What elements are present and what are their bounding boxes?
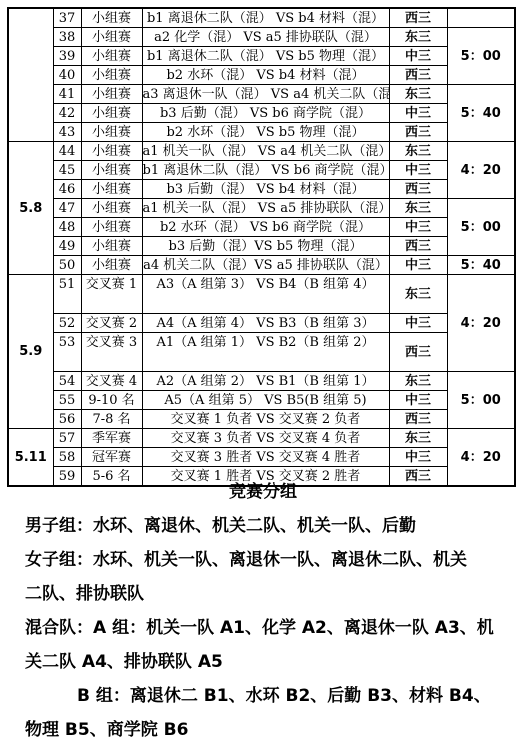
round-cell: 小组赛: [81, 161, 142, 180]
match-no-cell: 44: [53, 142, 81, 161]
table-row: 46小组赛b3 后勤（混） VS b4 材料（混）西三: [8, 180, 515, 199]
time-cell: 5：00: [447, 199, 515, 256]
matchup-cell: A3（A 组第 3） VS B4（B 组第 4）: [142, 275, 389, 314]
match-no-cell: 58: [53, 448, 81, 467]
round-cell: 小组赛: [81, 85, 142, 104]
grouping-line-women: 女子组：水环、机关一队、离退休一队、离退休二队、机关: [25, 543, 501, 577]
matchup-cell: 交叉赛 3 胜者 VS 交叉赛 4 胜者: [142, 448, 389, 467]
round-cell: 小组赛: [81, 142, 142, 161]
matchup-cell: a1 机关一队（混） VS a5 排协联队（混）: [142, 199, 389, 218]
round-cell: 小组赛: [81, 180, 142, 199]
round-cell: 小组赛: [81, 218, 142, 237]
round-cell: 小组赛: [81, 237, 142, 256]
table-row: 43小组赛b2 水环（混） VS b5 物理（混）西三: [8, 123, 515, 142]
venue-cell: 西三: [389, 180, 447, 199]
table-row: 58冠军赛交叉赛 3 胜者 VS 交叉赛 4 胜者中三: [8, 448, 515, 467]
match-no-cell: 49: [53, 237, 81, 256]
venue-cell: 中三: [389, 391, 447, 410]
matchup-cell: 交叉赛 3 负者 VS 交叉赛 4 负者: [142, 429, 389, 448]
grouping-section: 竞赛分组 男子组：水环、离退休、机关二队、机关一队、后勤 女子组：水环、机关一队…: [25, 475, 501, 743]
round-cell: 小组赛: [81, 199, 142, 218]
table-row: 48小组赛b2 水环（混） VS b6 商学院（混）中三: [8, 218, 515, 237]
grouping-line-men: 男子组：水环、离退休、机关二队、机关一队、后勤: [25, 509, 501, 543]
document-page: 37小组赛b1 离退休二队（混） VS b4 材料（混）西三38小组赛a2 化学…: [0, 0, 520, 743]
matchup-cell: A1（A 组第 1） VS B2（B 组第 2）: [142, 333, 389, 372]
round-cell: 小组赛: [81, 47, 142, 66]
round-cell: 小组赛: [81, 123, 142, 142]
matchup-cell: b3 后勤（混） VS b6 商学院（混）: [142, 104, 389, 123]
matchup-cell: b1 离退休二队（混） VS b5 物理（混）: [142, 47, 389, 66]
match-no-cell: 42: [53, 104, 81, 123]
table-row: 5.951交叉赛 1A3（A 组第 3） VS B4（B 组第 4）东三4：20: [8, 275, 515, 314]
matchup-cell: A5（A 组第 5） VS B5(B 组第 5): [142, 391, 389, 410]
match-no-cell: 51: [53, 275, 81, 314]
round-cell: 小组赛: [81, 8, 142, 28]
table-row: 54交叉赛 4A2（A 组第 2） VS B1（B 组第 1）东三5：00: [8, 372, 515, 391]
grouping-line-mixed-b-cont: 物理 B5、商学院 B6: [25, 713, 501, 743]
matchup-cell: A2（A 组第 2） VS B1（B 组第 1）: [142, 372, 389, 391]
table-row: 38小组赛a2 化学（混） VS a5 排协联队（混）东三5：00: [8, 28, 515, 47]
date-cell: [8, 8, 53, 142]
date-cell: 5.8: [8, 142, 53, 275]
schedule-table-body: 37小组赛b1 离退休二队（混） VS b4 材料（混）西三38小组赛a2 化学…: [8, 8, 515, 486]
matchup-cell: A4（A 组第 4） VS B3（B 组第 3）: [142, 314, 389, 333]
matchup-cell: a2 化学（混） VS a5 排协联队（混）: [142, 28, 389, 47]
table-row: 39小组赛b1 离退休二队（混） VS b5 物理（混）中三: [8, 47, 515, 66]
table-row: 41小组赛a3 离退休一队（混） VS a4 机关二队（混）东三5：40: [8, 85, 515, 104]
round-cell: 季军赛: [81, 429, 142, 448]
match-no-cell: 46: [53, 180, 81, 199]
match-no-cell: 38: [53, 28, 81, 47]
match-no-cell: 56: [53, 410, 81, 429]
venue-cell: 东三: [389, 429, 447, 448]
venue-cell: 东三: [389, 85, 447, 104]
matchup-cell: a4 机关二队（混）VS a5 排协联队（混）: [142, 256, 389, 275]
table-row: 42小组赛b3 后勤（混） VS b6 商学院（混）中三: [8, 104, 515, 123]
time-cell: 5：00: [447, 372, 515, 429]
venue-cell: 中三: [389, 161, 447, 180]
matchup-cell: b3 后勤（混） VS b4 材料（混）: [142, 180, 389, 199]
match-no-cell: 50: [53, 256, 81, 275]
match-no-cell: 55: [53, 391, 81, 410]
venue-cell: 西三: [389, 123, 447, 142]
round-cell: 交叉赛 2: [81, 314, 142, 333]
venue-cell: 中三: [389, 256, 447, 275]
schedule-table: 37小组赛b1 离退休二队（混） VS b4 材料（混）西三38小组赛a2 化学…: [7, 7, 516, 487]
match-no-cell: 53: [53, 333, 81, 372]
time-cell: 5：40: [447, 85, 515, 142]
table-row: 559-10 名A5（A 组第 5） VS B5(B 组第 5)中三: [8, 391, 515, 410]
table-row: 53交叉赛 3A1（A 组第 1） VS B2（B 组第 2）西三: [8, 333, 515, 372]
table-row: 52交叉赛 2A4（A 组第 4） VS B3（B 组第 3）中三: [8, 314, 515, 333]
match-no-cell: 37: [53, 8, 81, 28]
round-cell: 小组赛: [81, 66, 142, 85]
venue-cell: 中三: [389, 47, 447, 66]
grouping-title: 竞赛分组: [25, 475, 501, 509]
venue-cell: 中三: [389, 218, 447, 237]
match-no-cell: 48: [53, 218, 81, 237]
date-cell: 5.9: [8, 275, 53, 429]
venue-cell: 东三: [389, 28, 447, 47]
venue-cell: 中三: [389, 104, 447, 123]
grouping-line-mixed-a-cont: 关二队 A4、排协联队 A5: [25, 645, 501, 679]
venue-cell: 西三: [389, 237, 447, 256]
time-cell: [447, 8, 515, 28]
match-no-cell: 52: [53, 314, 81, 333]
matchup-cell: a3 离退休一队（混） VS a4 机关二队（混）: [142, 85, 389, 104]
match-no-cell: 41: [53, 85, 81, 104]
matchup-cell: 交叉赛 1 负者 VS 交叉赛 2 负者: [142, 410, 389, 429]
time-cell: 4：20: [447, 275, 515, 372]
table-row: 47小组赛a1 机关一队（混） VS a5 排协联队（混）东三5：00: [8, 199, 515, 218]
venue-cell: 东三: [389, 372, 447, 391]
match-no-cell: 39: [53, 47, 81, 66]
matchup-cell: b2 水环（混） VS b5 物理（混）: [142, 123, 389, 142]
venue-cell: 中三: [389, 448, 447, 467]
matchup-cell: b1 离退休二队（混） VS b6 商学院（混）: [142, 161, 389, 180]
match-no-cell: 40: [53, 66, 81, 85]
round-cell: 小组赛: [81, 28, 142, 47]
venue-cell: 东三: [389, 142, 447, 161]
venue-cell: 中三: [389, 314, 447, 333]
matchup-cell: b3 后勤（混）VS b5 物理（混）: [142, 237, 389, 256]
match-no-cell: 45: [53, 161, 81, 180]
matchup-cell: b2 水环（混） VS b6 商学院（混）: [142, 218, 389, 237]
venue-cell: 西三: [389, 410, 447, 429]
table-row: 45小组赛b1 离退休二队（混） VS b6 商学院（混）中三: [8, 161, 515, 180]
match-no-cell: 47: [53, 199, 81, 218]
venue-cell: 西三: [389, 333, 447, 372]
matchup-cell: b2 水环（混） VS b4 材料（混）: [142, 66, 389, 85]
round-cell: 小组赛: [81, 256, 142, 275]
table-row: 5.844小组赛a1 机关一队（混） VS a4 机关二队（混）东三4：20: [8, 142, 515, 161]
table-row: 40小组赛b2 水环（混） VS b4 材料（混）西三: [8, 66, 515, 85]
table-row: 567-8 名交叉赛 1 负者 VS 交叉赛 2 负者西三: [8, 410, 515, 429]
grouping-line-mixed-a: 混合队：A 组：机关一队 A1、化学 A2、离退休一队 A3、机: [25, 611, 501, 645]
match-no-cell: 57: [53, 429, 81, 448]
matchup-cell: a1 机关一队（混） VS a4 机关二队（混）: [142, 142, 389, 161]
venue-cell: 西三: [389, 66, 447, 85]
round-cell: 7-8 名: [81, 410, 142, 429]
table-row: 5.1157季军赛交叉赛 3 负者 VS 交叉赛 4 负者东三4：20: [8, 429, 515, 448]
round-cell: 9-10 名: [81, 391, 142, 410]
match-no-cell: 54: [53, 372, 81, 391]
round-cell: 交叉赛 3: [81, 333, 142, 372]
time-cell: 4：20: [447, 142, 515, 199]
round-cell: 交叉赛 1: [81, 275, 142, 314]
round-cell: 小组赛: [81, 104, 142, 123]
round-cell: 交叉赛 4: [81, 372, 142, 391]
time-cell: 5：00: [447, 28, 515, 85]
match-no-cell: 43: [53, 123, 81, 142]
grouping-line-mixed-b: B 组：离退休二 B1、水环 B2、后勤 B3、材料 B4、: [25, 679, 501, 713]
table-row: 49小组赛b3 后勤（混）VS b5 物理（混）西三: [8, 237, 515, 256]
table-row: 37小组赛b1 离退休二队（混） VS b4 材料（混）西三: [8, 8, 515, 28]
venue-cell: 东三: [389, 275, 447, 314]
venue-cell: 西三: [389, 8, 447, 28]
table-row: 50小组赛a4 机关二队（混）VS a5 排协联队（混）中三5：40: [8, 256, 515, 275]
round-cell: 冠军赛: [81, 448, 142, 467]
time-cell: 5：40: [447, 256, 515, 275]
matchup-cell: b1 离退休二队（混） VS b4 材料（混）: [142, 8, 389, 28]
grouping-line-women-cont: 二队、排协联队: [25, 577, 501, 611]
venue-cell: 东三: [389, 199, 447, 218]
